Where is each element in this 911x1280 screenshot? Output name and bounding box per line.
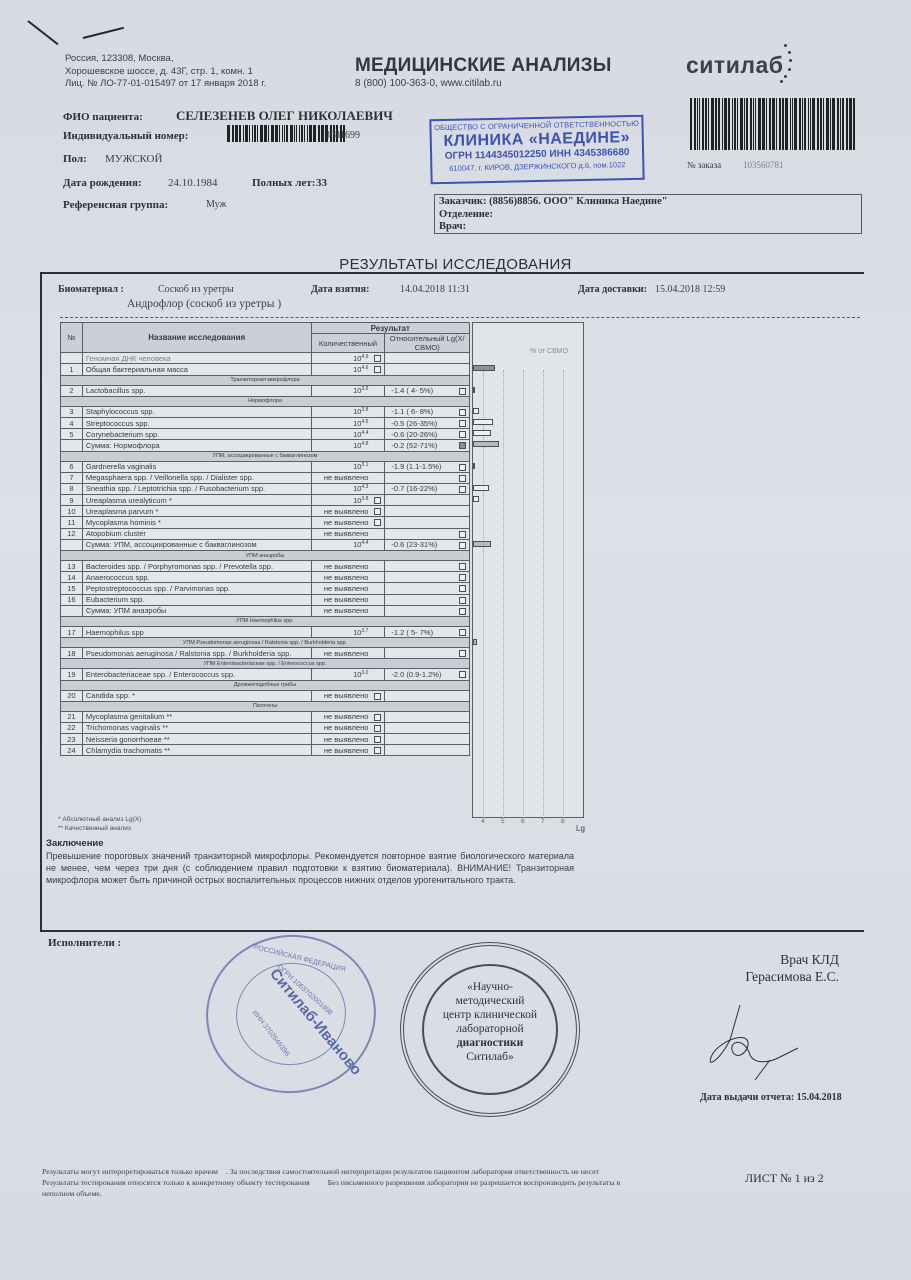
quant-exponent: 4.5	[361, 419, 368, 425]
quant-exponent: 4.4	[361, 430, 368, 436]
barcode-bar	[808, 98, 809, 150]
row-number: 15	[61, 583, 83, 594]
row-number: 9	[61, 495, 83, 506]
barcode-bar	[697, 98, 698, 150]
relative-result	[385, 734, 470, 745]
section-title: Нормофлора	[61, 396, 470, 406]
checkbox[interactable]	[459, 563, 466, 570]
pen-mark	[83, 27, 124, 39]
checkbox[interactable]	[459, 475, 466, 482]
barcode-bar	[785, 98, 788, 150]
table-row: 11Mycoplasma hominis *не выявлено	[61, 517, 470, 528]
doctor-title: Врач КЛД	[735, 951, 839, 968]
row-number: 7	[61, 472, 83, 483]
table-row: 22Trichomonas vaginalis **не выявлено	[61, 722, 470, 733]
row-number: 13	[61, 561, 83, 572]
table-section-header: УПМ Pseudomonas aeruginosa / Ralstonia s…	[61, 638, 470, 648]
quant-base: не выявлено	[324, 562, 369, 571]
barcode-bar	[740, 98, 743, 150]
barcode-bar	[227, 125, 230, 142]
chart-gridline	[543, 370, 544, 818]
barcode-bar	[296, 125, 297, 142]
age-label: Полных лет:	[252, 177, 315, 189]
chart-bar	[473, 408, 479, 414]
chart-bar	[473, 541, 491, 547]
footer-text: Результаты могут интерпретироваться толь…	[42, 1167, 218, 1176]
table-row: 21Mycoplasma genitalium **не выявлено	[61, 711, 470, 722]
relative-result	[385, 690, 470, 701]
row-number: 23	[61, 734, 83, 745]
citilab-logo: ситилаб	[686, 52, 783, 79]
barcode-bar	[790, 98, 791, 150]
section-title: Патогены	[61, 701, 470, 711]
col-rel: Относительный Lg(X/СВМО)	[385, 334, 470, 353]
barcode-bar	[746, 98, 748, 150]
barcode-bar	[758, 98, 761, 150]
quant-value: 104.6	[353, 365, 368, 374]
pen-mark	[27, 20, 58, 45]
barcode-bar	[853, 98, 855, 150]
chart-bar	[473, 496, 479, 502]
patient-name-label: ФИО пациента:	[63, 111, 143, 123]
table-section-header: УПМ анаэробы	[61, 551, 470, 561]
checkbox[interactable]	[374, 747, 381, 754]
barcode-bar	[842, 98, 844, 150]
barcode-bar	[694, 98, 696, 150]
checkbox[interactable]	[374, 736, 381, 743]
checkbox[interactable]	[374, 497, 381, 504]
barcode-bar	[779, 98, 781, 150]
relative-result	[385, 722, 470, 733]
checkbox[interactable]	[459, 650, 466, 657]
checkbox[interactable]	[459, 608, 466, 615]
chart-bar	[473, 463, 475, 469]
row-number: 21	[61, 711, 83, 722]
stamp-line: диагностики	[404, 1036, 576, 1050]
checkbox[interactable]	[459, 486, 466, 493]
relative-value: -0.6 (23-31%)	[391, 540, 437, 549]
test-name: Neisseria gonorrhoeae **	[82, 734, 311, 745]
relative-result	[385, 711, 470, 722]
barcode-bar	[286, 125, 288, 142]
checkbox[interactable]	[459, 420, 466, 427]
quant-value: 103.8	[353, 407, 368, 416]
conclusion-text: Превышение пороговых значений транзиторн…	[46, 850, 574, 886]
barcode-bar	[804, 98, 806, 150]
table-row: 6Gardnerella vaginalis103.1-1.9 (1.1-1.5…	[61, 461, 470, 472]
relative-value: -0.5 (26-35%)	[391, 419, 437, 428]
row-number: 2	[61, 385, 83, 396]
table-row: 2Lactobacillus spp.103.6-1.4 ( 4- 5%)	[61, 385, 470, 396]
quantitative-result: не выявлено	[311, 605, 385, 616]
quant-value: не выявлено	[324, 584, 369, 593]
table-row: Сумма: УПМ анаэробыне выявлено	[61, 605, 470, 616]
barcode-bar	[734, 98, 736, 150]
checkbox[interactable]	[459, 442, 466, 449]
col-num: №	[61, 323, 83, 353]
test-name: Anaerococcus spp.	[82, 572, 311, 583]
barcode-bar	[245, 125, 248, 142]
patient-id: 3081699	[325, 130, 360, 141]
quant-value: 103.0	[353, 670, 368, 679]
quantitative-result: 103.8	[311, 406, 385, 417]
conclusion: Заключение Превышение пороговых значений…	[46, 838, 574, 886]
barcode-bar	[728, 98, 730, 150]
test-name: Mycoplasma genitalium **	[82, 711, 311, 722]
barcode-bar	[290, 125, 293, 142]
conclusion-title: Заключение	[46, 838, 574, 850]
barcode-bar	[282, 125, 283, 142]
section-title: УПМ анаэробы	[61, 551, 470, 561]
quantitative-result: 104.4	[311, 539, 385, 550]
checkbox[interactable]	[374, 508, 381, 515]
table-row: 12Atopobium clusterне выявлено	[61, 528, 470, 539]
checkbox[interactable]	[374, 519, 381, 526]
quant-base: не выявлено	[324, 573, 369, 582]
col-result: Результат	[311, 323, 469, 334]
address-line: Россия, 123308, Москва,	[65, 53, 266, 66]
barcode-bar	[243, 125, 244, 142]
chart-tick-label: 4	[481, 818, 485, 825]
quantitative-result: не выявлено	[311, 734, 385, 745]
table-section-header: УПМ Haemophilus spp.	[61, 616, 470, 626]
barcode-bar	[718, 98, 720, 150]
row-number: 6	[61, 461, 83, 472]
table-row: 23Neisseria gonorrhoeae **не выявлено	[61, 734, 470, 745]
col-quant: Количественный	[311, 334, 385, 353]
test-name: Общая бактериальная масса	[82, 364, 311, 375]
sex-label: Пол:	[63, 153, 87, 165]
dob-label: Дата рождения:	[63, 177, 142, 189]
quantitative-result: не выявлено	[311, 517, 385, 528]
executors-label: Исполнители :	[48, 937, 121, 949]
test-name: Ureaplasma urealyticum *	[82, 495, 311, 506]
relative-result: -2.0 (0.9-1.2%)	[385, 669, 470, 680]
test-name: Peptostreptococcus spp. / Parvimonas spp…	[82, 583, 311, 594]
table-row: 8Sneathia spp. / Leptotrichia spp. / Fus…	[61, 483, 470, 494]
barcode-bar	[232, 125, 234, 142]
quant-base: не выявлено	[324, 507, 369, 516]
footer-text: . За последствия самостоятельной интерпр…	[226, 1167, 599, 1176]
chart-tick-label: 8	[561, 818, 565, 825]
test-name: Chlamydia trachomatis **	[82, 745, 311, 756]
barcode-bar	[753, 98, 754, 150]
quant-value: не выявлено	[324, 712, 369, 721]
relative-result: -0.2 (52-71%)	[385, 440, 470, 451]
quant-value: 103.8	[353, 496, 368, 505]
test-name: Enterobacteriaceae spp. / Enterococcus s…	[82, 669, 311, 680]
doctor-name: Герасимова Е.С.	[735, 968, 839, 985]
quant-value: не выявлено	[324, 723, 369, 732]
test-name: Haemophilus spp	[82, 626, 311, 637]
checkbox[interactable]	[459, 585, 466, 592]
customer-line: Заказчик: (8856)8856. ООО" Клиника Наеди…	[439, 196, 857, 209]
biomaterial: Соскоб из уретры	[158, 284, 234, 295]
relative-result: -0.5 (26-35%)	[385, 417, 470, 428]
relative-value: -1.2 ( 5- 7%)	[391, 628, 433, 637]
barcode-bar	[260, 125, 263, 142]
ref-group: Муж	[206, 199, 226, 210]
quant-exponent: 3.8	[361, 496, 368, 502]
relative-result: -0.7 (16-22%)	[385, 483, 470, 494]
relative-value: -1.4 ( 4- 5%)	[391, 386, 433, 395]
quant-value: не выявлено	[324, 473, 369, 482]
barcode-bar	[782, 98, 784, 150]
relative-result	[385, 594, 470, 605]
quantitative-result: не выявлено	[311, 583, 385, 594]
quant-value: 103.7	[353, 628, 368, 637]
test-name: Eubacterium spp.	[82, 594, 311, 605]
customer-value: (8856)8856. ООО" Клиника Наедине"	[489, 196, 667, 207]
barcode-bar	[275, 125, 278, 142]
table-row: 1Общая бактериальная масса104.6	[61, 364, 470, 375]
quant-base: не выявлено	[324, 606, 369, 615]
logo-dots-icon	[778, 44, 794, 86]
license-line: Лиц. № ЛО-77-01-015497 от 17 января 2018…	[65, 78, 266, 91]
checkbox[interactable]	[459, 431, 466, 438]
order-barcode	[690, 98, 857, 150]
barcode-bar	[268, 125, 269, 142]
quant-value: 104.4	[353, 540, 368, 549]
table-row: 3Staphylococcus spp.103.8-1.1 ( 6- 8%)	[61, 406, 470, 417]
quantitative-result: не выявлено	[311, 506, 385, 517]
patient-dob: 24.10.1984	[168, 177, 218, 189]
row-number: 10	[61, 506, 83, 517]
barcode-bar	[252, 125, 253, 142]
quantitative-result: не выявлено	[311, 711, 385, 722]
test-name: Mycoplasma hominis *	[82, 517, 311, 528]
relative-result	[385, 353, 470, 364]
barcode-bar	[823, 98, 824, 150]
checkbox[interactable]	[374, 355, 381, 362]
department-label: Отделение:	[439, 209, 493, 220]
quantitative-result: 104.9	[311, 353, 385, 364]
test-name: Сумма: УПМ анаэробы	[82, 605, 311, 616]
chart-gridline	[563, 370, 564, 818]
sheet-number: ЛИСТ № 1 из 2	[745, 1171, 824, 1186]
test-name: Pseudomonas aeruginosa / Ralstonia spp. …	[82, 648, 311, 659]
results-table: № Название исследования Результат Количе…	[60, 322, 470, 756]
test-name: Сумма: УПМ, ассоциированные с бакваглино…	[82, 539, 311, 550]
biomaterial-label: Биоматериал :	[58, 284, 124, 295]
quant-value: 104.9	[353, 354, 368, 363]
test-name: Streptococcus spp.	[82, 417, 311, 428]
test-name: Lactobacillus spp.	[82, 385, 311, 396]
table-row: 15Peptostreptococcus spp. / Parvimonas s…	[61, 583, 470, 594]
barcode-bar	[799, 98, 801, 150]
chart-gridline	[523, 370, 524, 818]
relative-result	[385, 506, 470, 517]
quantitative-result: не выявлено	[311, 561, 385, 572]
table-section-header: УПМ Enterobacteriaceae spp. / Enterococc…	[61, 659, 470, 669]
quantitative-result: 103.7	[311, 626, 385, 637]
row-number	[61, 539, 83, 550]
quant-value: 103.6	[353, 386, 368, 395]
barcode-bar	[794, 98, 797, 150]
quant-value: не выявлено	[324, 562, 369, 571]
barcode-bar	[744, 98, 745, 150]
chart-gridline	[503, 370, 504, 818]
row-number	[61, 353, 83, 364]
relative-value: -1.9 (1.1-1.5%)	[391, 462, 441, 471]
barcode-bar	[840, 98, 841, 150]
relative-result: -0.6 (20-26%)	[385, 429, 470, 440]
quant-value: 104.8	[353, 441, 368, 450]
quantitative-result: 103.1	[311, 461, 385, 472]
table-row: 14Anaerococcus spp.не выявлено	[61, 572, 470, 583]
barcode-bar	[722, 98, 723, 150]
footer-text: Без письменного разрешения лаборатории н…	[328, 1178, 621, 1187]
chart-tick-label: 6	[521, 818, 525, 825]
doctor-signature-block: Врач КЛД Герасимова Е.С.	[735, 951, 839, 985]
barcode-bar	[702, 98, 704, 150]
checkbox[interactable]	[459, 388, 466, 395]
table-row: 9Ureaplasma urealyticum *103.8	[61, 495, 470, 506]
chart-bar	[473, 419, 493, 425]
table-row: Сумма: УПМ, ассоциированные с бакваглино…	[61, 539, 470, 550]
checkbox[interactable]	[459, 542, 466, 549]
checkbox[interactable]	[374, 714, 381, 721]
table-row: 10Ureaplasma parvum *не выявлено	[61, 506, 470, 517]
chart-bar	[473, 639, 477, 645]
row-number: 4	[61, 417, 83, 428]
quantitative-result: не выявлено	[311, 648, 385, 659]
checkbox[interactable]	[374, 366, 381, 373]
barcode-bar	[271, 125, 274, 142]
barcode-bar	[257, 125, 258, 142]
relative-value: -2.0 (0.9-1.2%)	[391, 670, 441, 679]
barcode-bar	[301, 125, 303, 142]
checkbox[interactable]	[459, 629, 466, 636]
chart-bar	[473, 441, 499, 447]
test-name: Ureaplasma parvum *	[82, 506, 311, 517]
quant-value: не выявлено	[324, 518, 369, 527]
checkbox[interactable]	[459, 464, 466, 471]
quant-value: не выявлено	[324, 529, 369, 538]
relative-result	[385, 517, 470, 528]
barcode-bar	[309, 125, 312, 142]
quantitative-result: 103.8	[311, 495, 385, 506]
relative-result	[385, 583, 470, 594]
quant-exponent: 3.0	[361, 670, 368, 676]
quantitative-result: не выявлено	[311, 572, 385, 583]
quant-value: не выявлено	[324, 649, 369, 658]
clinic-naedine-stamp: ОБЩЕСТВО С ОГРАНИЧЕННОЙ ОТВЕТСТВЕННОСТЬЮ…	[429, 115, 644, 184]
quant-exponent: 4.8	[361, 441, 368, 447]
barcode-bar	[802, 98, 803, 150]
quant-base: не выявлено	[324, 712, 369, 721]
table-row: 17Haemophilus spp103.7-1.2 ( 5- 7%)	[61, 626, 470, 637]
section-title: УПМ Pseudomonas aeruginosa / Ralstonia s…	[61, 638, 470, 648]
quant-base: не выявлено	[324, 746, 369, 755]
chart-gridline	[483, 370, 484, 818]
barcode-bar	[711, 98, 714, 150]
barcode-bar	[737, 98, 738, 150]
table-row: 4Streptococcus spp.104.5-0.5 (26-35%)	[61, 417, 470, 428]
barcode-bar	[820, 98, 822, 150]
table-row: 19Enterobacteriaceae spp. / Enterococcus…	[61, 669, 470, 680]
ref-group-label: Референсная группа:	[63, 199, 168, 211]
relative-result	[385, 472, 470, 483]
citilab-ivanovo-stamp: РОССИЙСКАЯ ФЕДЕРАЦИЯ ОГРН 1063702001998 …	[196, 924, 386, 1104]
barcode-bar	[846, 98, 848, 150]
chart-title: % от СВМО	[530, 348, 568, 355]
quant-value: 104.4	[353, 430, 368, 439]
stamp-center-text: «Научно- методический центр клинической …	[404, 980, 576, 1064]
barcode-bar	[769, 98, 771, 150]
section-title: Транзиторная микрофлора	[61, 375, 470, 385]
relative-result: -1.1 ( 6- 8%)	[385, 406, 470, 417]
section-title: УПМ Enterobacteriaceae spp. / Enterococc…	[61, 659, 470, 669]
row-number: 22	[61, 722, 83, 733]
barcode-bar	[299, 125, 300, 142]
row-number: 24	[61, 745, 83, 756]
relative-value: -0.2 (52-71%)	[391, 441, 437, 450]
test-name: Candida spp. *	[82, 690, 311, 701]
barcode-bar	[832, 98, 835, 150]
lab-contact: 8 (800) 100-363-0, www.citilab.ru	[355, 78, 502, 89]
quant-value: не выявлено	[324, 691, 369, 700]
row-number: 17	[61, 626, 83, 637]
footnotes: * Абсолютный анализ Lg(X) ** Качественны…	[58, 815, 141, 833]
citilab-center-stamp: «Научно- методический центр клинической …	[400, 942, 580, 1117]
chart-tick-label: 7	[541, 818, 545, 825]
barcode-bar	[772, 98, 775, 150]
checkbox[interactable]	[459, 574, 466, 581]
issue-date: Дата выдачи отчета: 15.04.2018	[700, 1092, 842, 1103]
checkbox[interactable]	[374, 725, 381, 732]
row-number	[61, 440, 83, 451]
issue-date-label: Дата выдачи отчета:	[700, 1092, 794, 1103]
checkbox[interactable]	[459, 671, 466, 678]
quantitative-result: 104.8	[311, 440, 385, 451]
checkbox[interactable]	[459, 531, 466, 538]
customer-label: Заказчик:	[439, 196, 486, 207]
barcode-bar	[307, 125, 308, 142]
test-name: Gardnerella vaginalis	[82, 461, 311, 472]
patient-name: СЕЛЕЗЕНЕВ ОЛЕГ НИКОЛАЕВИЧ	[176, 108, 393, 124]
checkbox[interactable]	[459, 409, 466, 416]
taken-date: 14.04.2018 11:31	[400, 284, 470, 295]
barcode-bar	[849, 98, 852, 150]
barcode-bar	[708, 98, 709, 150]
stamp-line: центр клинической	[404, 1008, 576, 1022]
report-header-title: МЕДИЦИНСКИЕ АНАЛИЗЫ	[355, 55, 612, 77]
relative-result	[385, 364, 470, 375]
row-number	[61, 605, 83, 616]
barcode-bar	[294, 125, 295, 142]
table-row: 24Chlamydia trachomatis **не выявлено	[61, 745, 470, 756]
barcode-bar	[264, 125, 267, 142]
delivered-label: Дата доставки:	[578, 284, 647, 295]
relative-result	[385, 561, 470, 572]
quantitative-result: 104.4	[311, 429, 385, 440]
section-title: Дрожжеподобные грибы	[61, 680, 470, 690]
footnote-absolute: * Абсолютный анализ Lg(X)	[58, 815, 141, 824]
checkbox[interactable]	[459, 597, 466, 604]
table-row: 5Corynebacterium spp.104.4-0.6 (20-26%)	[61, 429, 470, 440]
test-name: Atopobium cluster	[82, 528, 311, 539]
checkbox[interactable]	[374, 693, 381, 700]
quant-base: не выявлено	[324, 649, 369, 658]
footnote-qualitative: ** Качественный анализ	[58, 824, 141, 833]
quant-exponent: 3.1	[361, 462, 368, 468]
order-number: 103560781	[743, 160, 784, 170]
quantitative-result: 104.3	[311, 483, 385, 494]
quantitative-result: не выявлено	[311, 722, 385, 733]
relative-result: -1.4 ( 4- 5%)	[385, 385, 470, 396]
test-name: Андрофлор (соскоб из уретры )	[127, 298, 281, 310]
